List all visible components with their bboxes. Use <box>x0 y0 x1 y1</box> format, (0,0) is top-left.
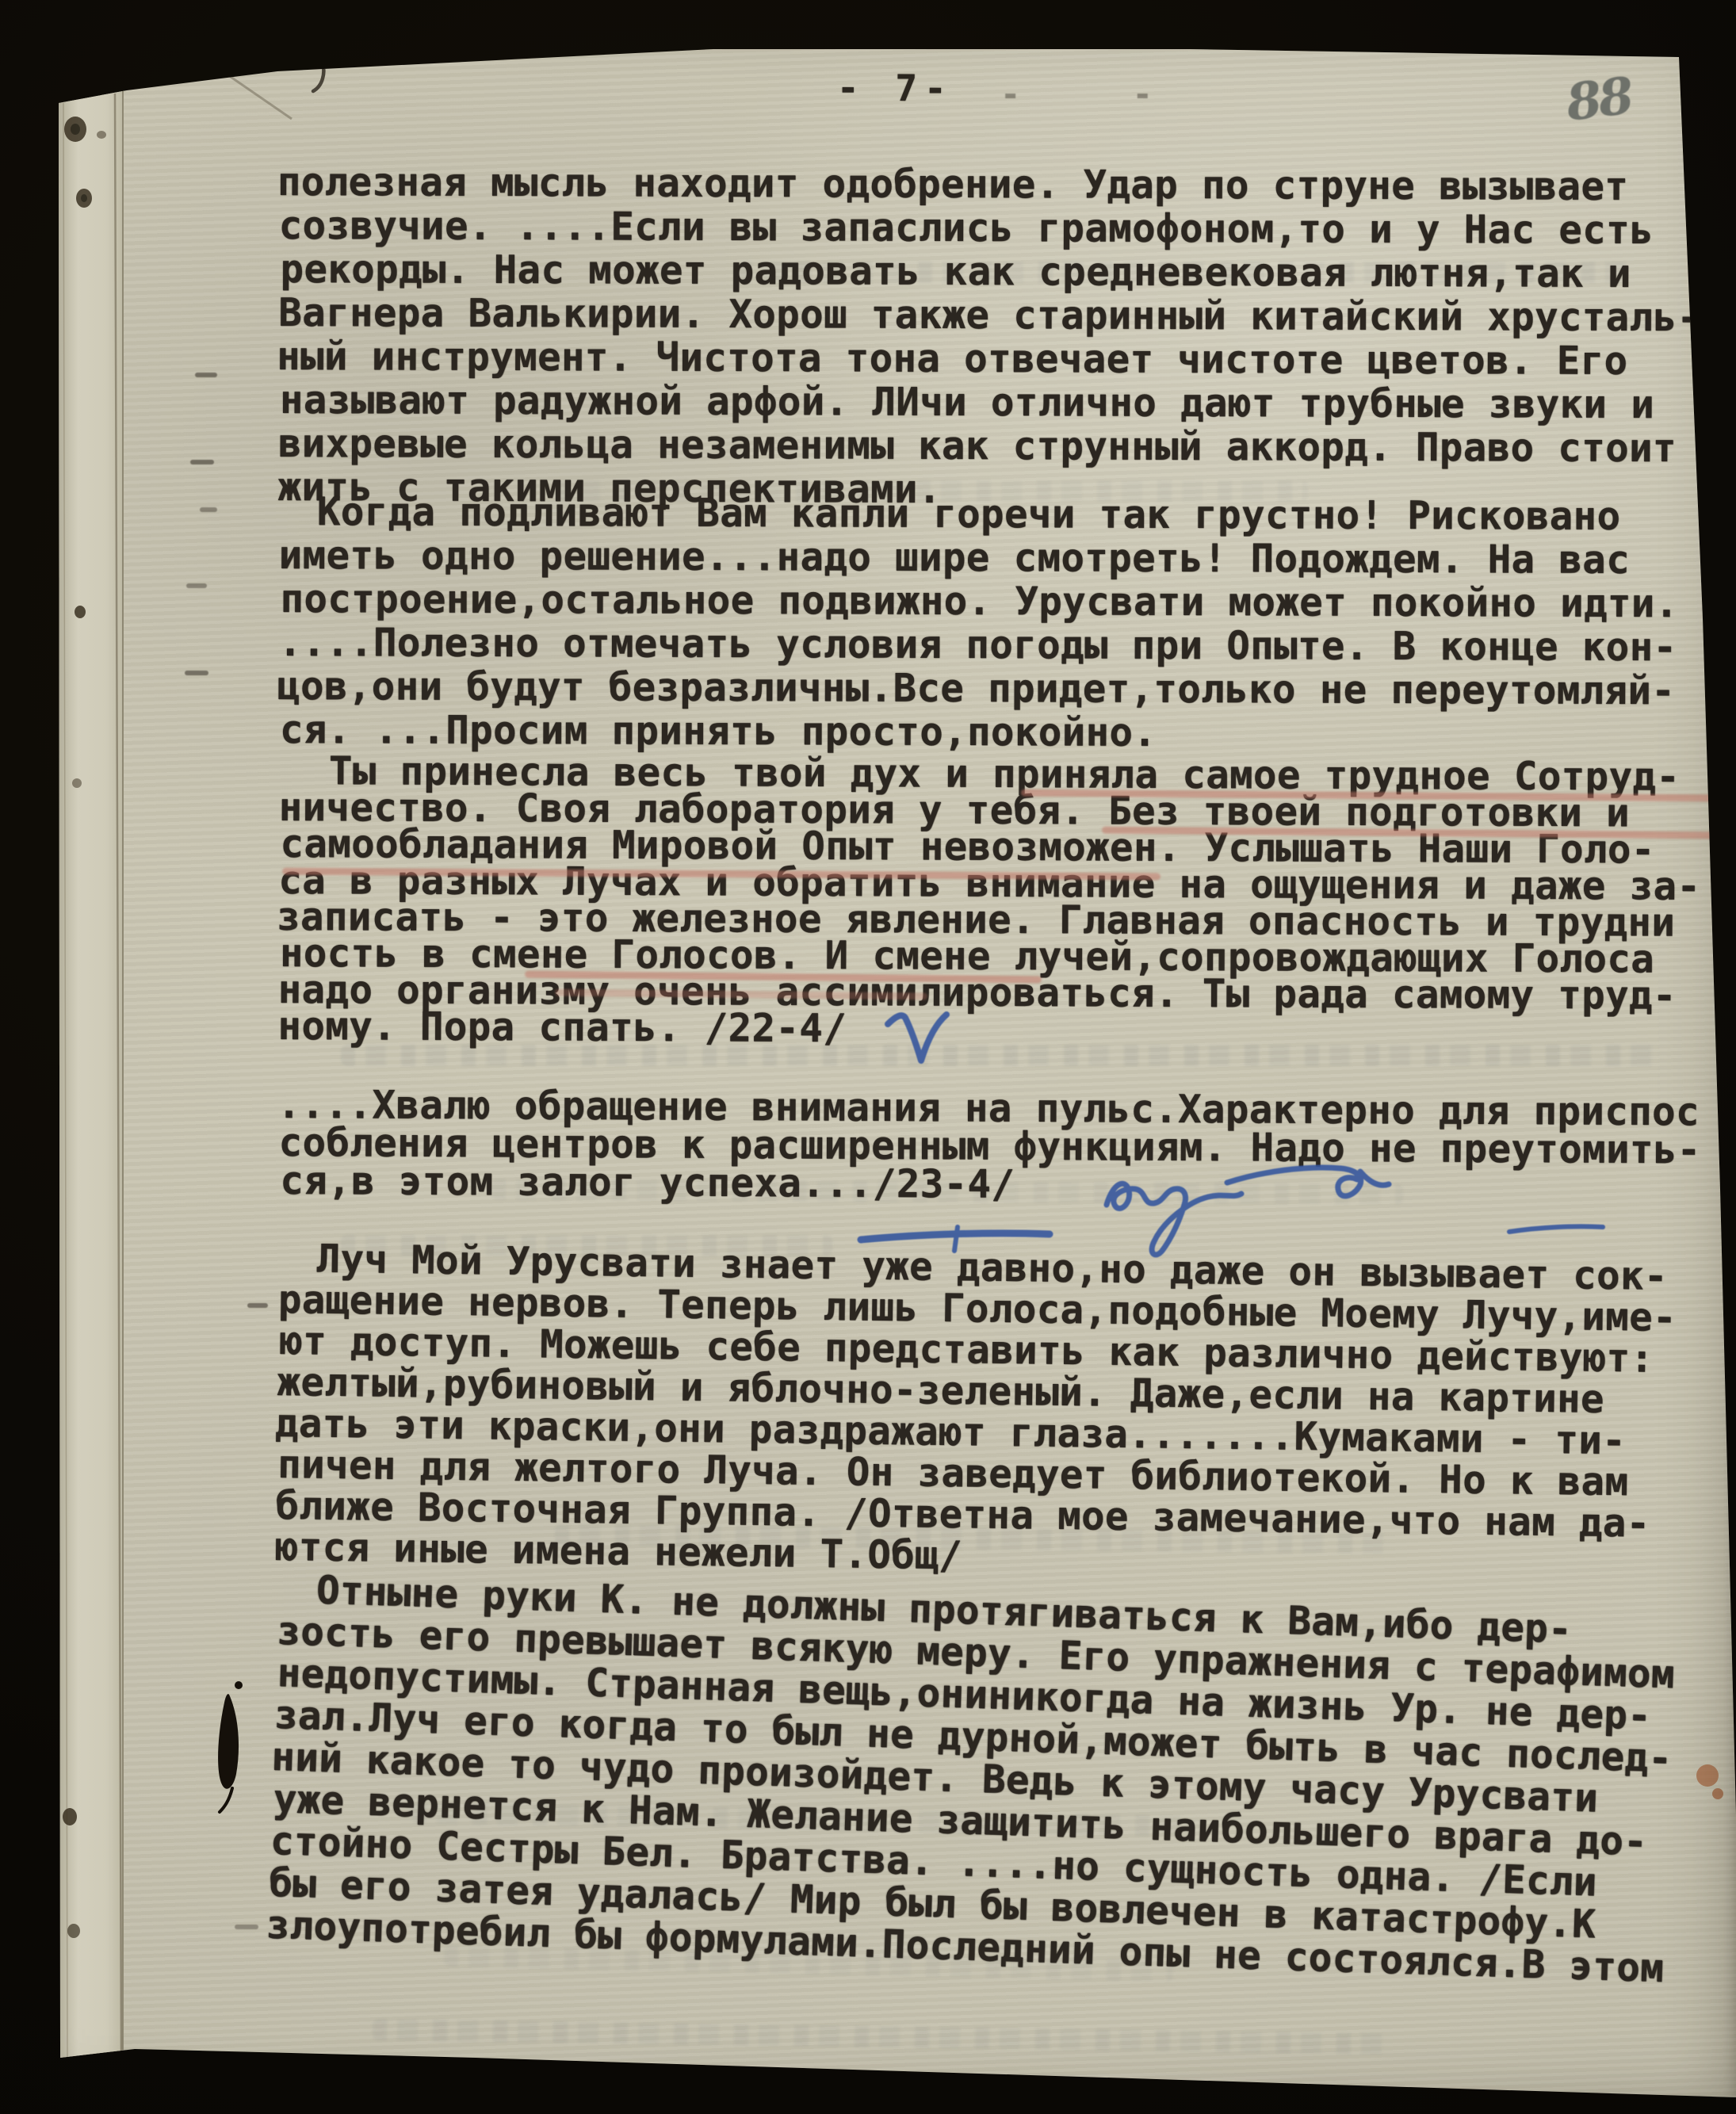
typewritten-line: Вагнера Валькирии. Хорош также старинный… <box>278 291 1717 339</box>
typewritten-line: цов,они будут безразличны.Все придет,тол… <box>277 664 1715 713</box>
typewritten-line: построение,остальное подвижно. Урусвати … <box>280 577 1719 625</box>
margin-dash-mark <box>200 507 217 512</box>
paragraph-block: ....Хвалю обращение внимания на пульс.Ха… <box>278 1086 1718 1208</box>
margin-dash-mark <box>235 1925 258 1929</box>
typewritten-line: иметь одно решение...надо шире смотреть!… <box>279 533 1718 582</box>
paragraph-block: Отныне руки К. не должны протягиваться к… <box>267 1568 1717 1991</box>
paragraph-block: Луч Мой Урусвати знает уже давно,но даже… <box>275 1238 1718 1587</box>
typewritten-line: ся,в этом залог успеха.../23-4/ <box>280 1162 1719 1208</box>
typewritten-line: называют радужной арфой. ЛИчи отлично да… <box>280 378 1719 426</box>
document-page: - 7- - - 88 полезная мысль находит одобр… <box>0 0 1736 2114</box>
margin-dash-mark <box>186 583 207 588</box>
typewritten-line: ный инструмент. Чистота тона отвечает чи… <box>277 334 1715 383</box>
margin-dash-mark <box>185 671 208 675</box>
typewritten-line: рекорды. Нас может радовать как средневе… <box>280 247 1719 296</box>
typewritten-line: ....Хвалю обращение внимания на пульс.Ха… <box>277 1086 1716 1132</box>
margin-dash-mark <box>195 373 217 377</box>
typewritten-line: вихревые кольца незаменимы как струнный … <box>278 422 1717 470</box>
margin-dash-mark <box>247 1303 268 1308</box>
typewritten-line: созвучие. ....Если вы запаслись грамофон… <box>279 204 1718 252</box>
paragraph-block: Когда подливают Вам капли горечи так гру… <box>278 490 1718 756</box>
margin-dash-mark <box>190 460 214 464</box>
typewritten-line: ....Полезно отмечать условия погоды при … <box>278 621 1717 669</box>
typewritten-line: Когда подливают Вам капли горечи так гру… <box>277 490 1716 538</box>
typewritten-line: полезная мысль находит одобрение. Удар п… <box>277 160 1716 208</box>
paragraph-block: полезная мысль находит одобрение. Удар п… <box>277 160 1718 514</box>
typewritten-line: Ты принесла весь твой дух и приняла само… <box>277 753 1716 796</box>
typewritten-text-layer: полезная мысль находит одобрение. Удар п… <box>0 0 1736 2114</box>
typewritten-line: ность в смене Голосов. И смене лучей,соп… <box>280 935 1719 978</box>
scanned-document: - 7- - - 88 полезная мысль находит одобр… <box>0 0 1736 2114</box>
